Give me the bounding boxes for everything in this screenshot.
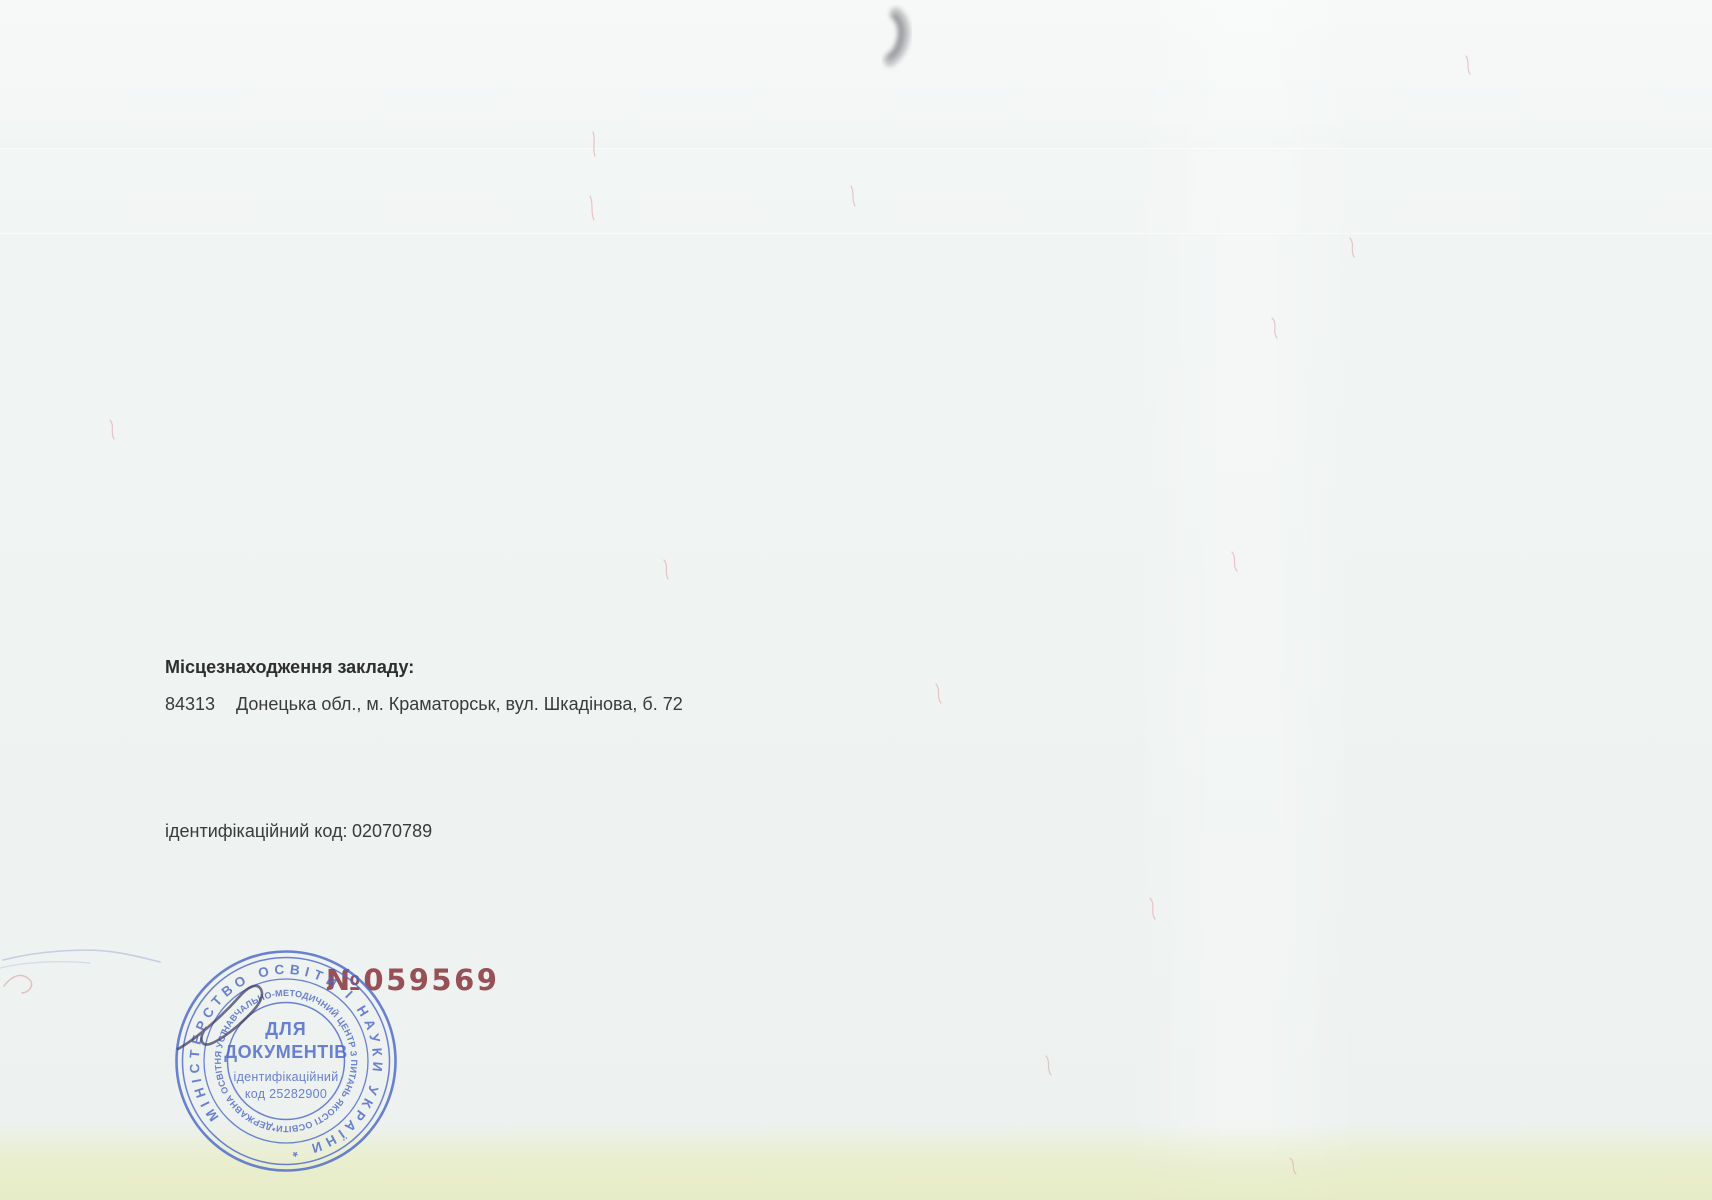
round-stamp-graphic: МІНІСТЕРСТВО ОСВІТИ І НАУКИ УКРАЇНИ * НА… [166, 941, 406, 1181]
scanned-document-page: { "page": { "background_color": "#eff3f1… [0, 0, 1712, 1200]
scan-light-band-vertical [1130, 0, 1360, 1200]
round-stamp: МІНІСТЕРСТВО ОСВІТИ І НАУКИ УКРАЇНИ * НА… [166, 941, 406, 1181]
stamp-center-line2: ДОКУМЕНТІВ [224, 1042, 347, 1062]
scan-light-band-top [0, 0, 1712, 148]
red-squiggle-left [4, 975, 32, 993]
stamp-center-line1: ДЛЯ [265, 1019, 306, 1039]
pen-scribble-left [0, 950, 160, 968]
stamp-center-line3: ідентифікаційний [234, 1070, 339, 1084]
scan-light-band-upper [0, 148, 1712, 234]
identification-code-value: 02070789 [352, 820, 432, 842]
postal-code: 84313 [165, 693, 215, 715]
stamp-center-line4: код 25282900 [245, 1087, 327, 1101]
location-label: Місцезнаходження закладу: [165, 656, 414, 678]
address-line: Донецька обл., м. Краматорськ, вул. Шкад… [236, 693, 683, 715]
identification-code-label: ідентифікаційний код: [165, 820, 347, 842]
